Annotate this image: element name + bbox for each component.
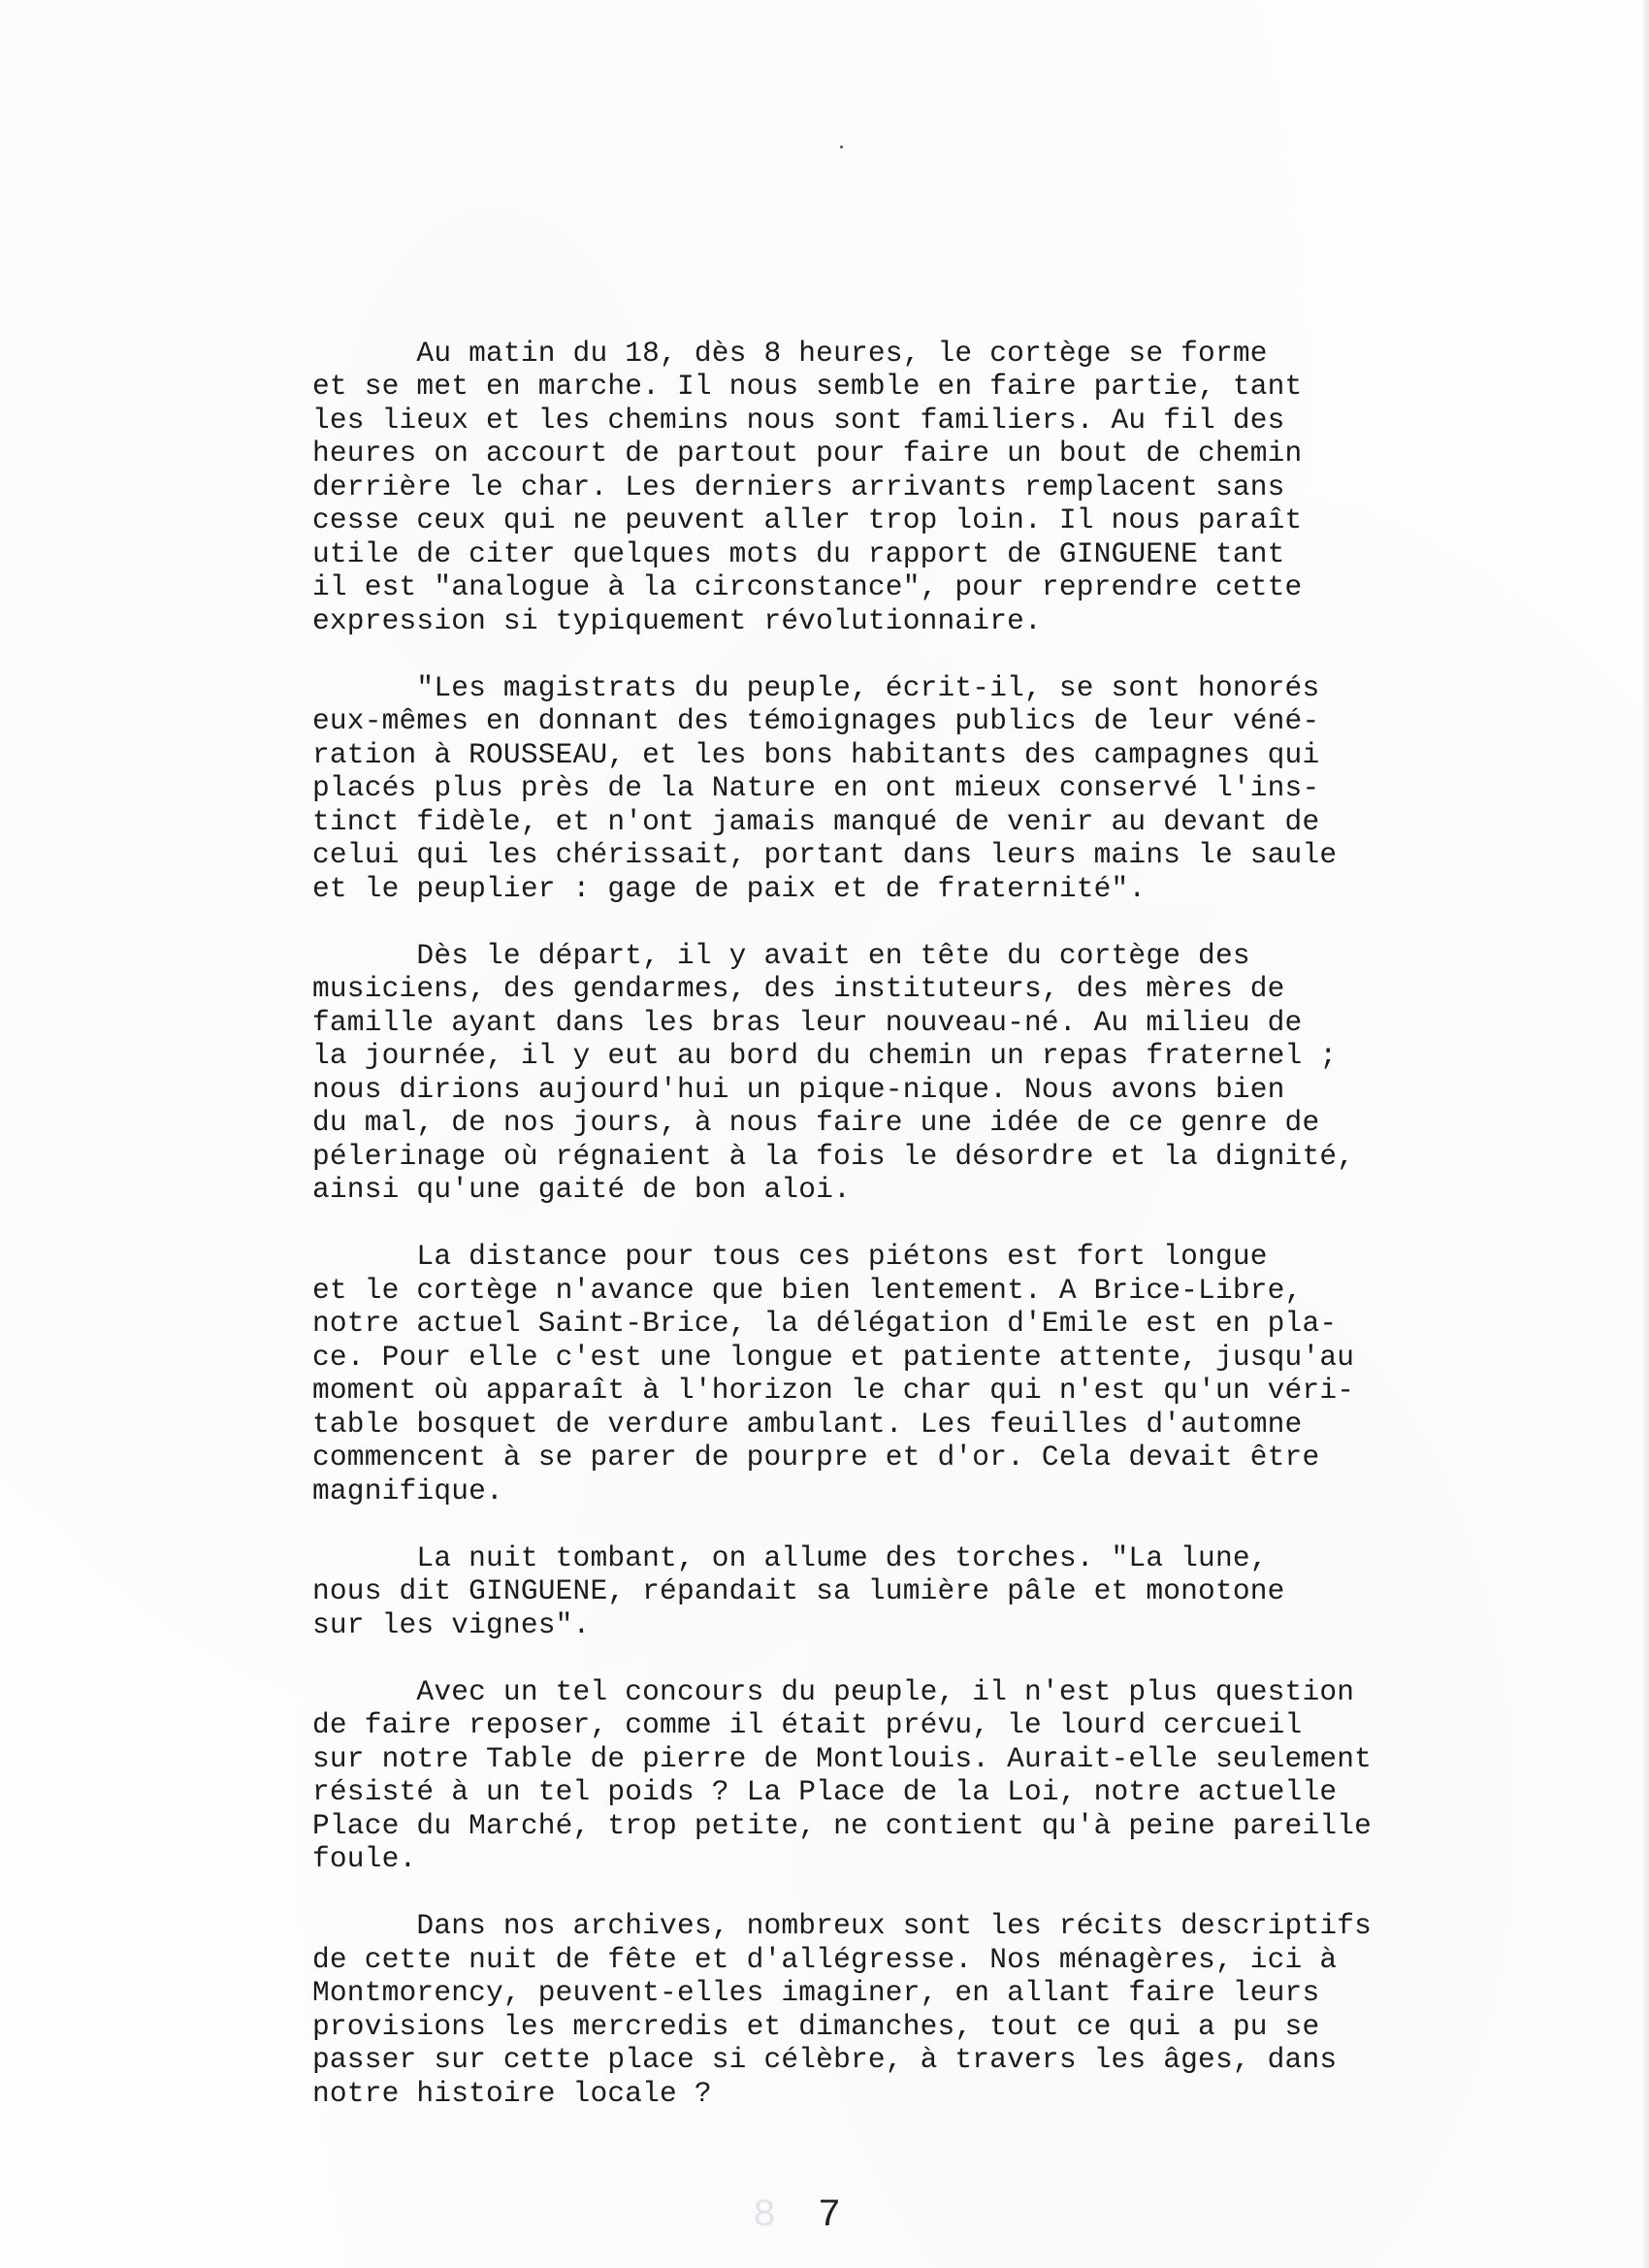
text-line: nous dirions aujourd'hui un pique-nique.… [312,1073,1573,1107]
text-line: expression si typiquement révolutionnair… [312,604,1573,638]
text-line: famille ayant dans les bras leur nouveau… [312,1006,1573,1040]
text-line: de cette nuit de fête et d'allégresse. N… [312,1943,1573,1977]
text-line: sur les vignes". [312,1608,1573,1642]
text-line: notre histoire locale ? [312,2077,1573,2111]
text-line: nous dit GINGUENE, répandait sa lumière … [312,1574,1573,1608]
text-line: Avec un tel concours du peuple, il n'est… [312,1675,1573,1709]
page-number: 7 [818,2194,841,2238]
document-page: Au matin du 18, dès 8 heures, le cortège… [0,0,1649,2268]
text-line: les lieux et les chemins nous sont famil… [312,404,1573,437]
text-line: derrière le char. Les derniers arrivants… [312,470,1573,504]
text-line: eux-mêmes en donnant des témoignages pub… [312,704,1573,738]
text-line: magnifique. [312,1474,1573,1508]
paragraph: La distance pour tous ces piétons est fo… [312,1240,1573,1507]
text-line: "Les magistrats du peuple, écrit-il, se … [312,671,1573,705]
text-line: ce. Pour elle c'est une longue et patien… [312,1341,1573,1375]
paragraph: Avec un tel concours du peuple, il n'est… [312,1675,1573,1876]
text-line: Place du Marché, trop petite, ne contien… [312,1809,1573,1843]
page-number-ghost: 8 [753,2194,776,2238]
text-line: et se met en marche. Il nous semble en f… [312,370,1573,404]
text-line: placés plus près de la Nature en ont mie… [312,771,1573,805]
text-line: Dans nos archives, nombreux sont les réc… [312,1909,1573,1943]
text-line: heures on accourt de partout pour faire … [312,437,1573,470]
text-line: Au matin du 18, dès 8 heures, le cortège… [312,337,1573,371]
paragraph: La nuit tombant, on allume des torches. … [312,1541,1573,1642]
text-line: et le cortège n'avance que bien lentemen… [312,1274,1573,1308]
text-line: commencent à se parer de pourpre et d'or… [312,1441,1573,1474]
text-line: notre actuel Saint-Brice, la délégation … [312,1307,1573,1341]
page-edge-shadow [1643,0,1649,2268]
text-line: La distance pour tous ces piétons est fo… [312,1240,1573,1274]
text-line: foule. [312,1842,1573,1876]
text-line: la journée, il y eut au bord du chemin u… [312,1039,1573,1073]
text-line: passer sur cette place si célèbre, à tra… [312,2043,1573,2077]
paragraph: "Les magistrats du peuple, écrit-il, se … [312,671,1573,906]
text-line: utile de citer quelques mots du rapport … [312,537,1573,571]
text-line: Dès le départ, il y avait en tête du cor… [312,939,1573,973]
text-line: musiciens, des gendarmes, des instituteu… [312,972,1573,1006]
text-line: pélerinage où régnaient à la fois le dés… [312,1140,1573,1174]
text-line: résisté à un tel poids ? La Place de la … [312,1775,1573,1809]
text-line: Montmorency, peuvent-elles imaginer, en … [312,1976,1573,2010]
text-line: table bosquet de verdure ambulant. Les f… [312,1408,1573,1442]
text-line: La nuit tombant, on allume des torches. … [312,1541,1573,1575]
text-line: il est "analogue à la circonstance", pou… [312,570,1573,604]
text-line: du mal, de nos jours, à nous faire une i… [312,1106,1573,1140]
paragraph: Dès le départ, il y avait en tête du cor… [312,939,1573,1207]
text-line: ainsi qu'une gaité de bon aloi. [312,1173,1573,1207]
text-line: provisions les mercredis et dimanches, t… [312,2010,1573,2044]
text-line: et le peuplier : gage de paix et de frat… [312,872,1573,906]
paragraph: Au matin du 18, dès 8 heures, le cortège… [312,337,1573,638]
speck-mark [840,146,843,148]
document-body: Au matin du 18, dès 8 heures, le cortège… [312,236,1573,2110]
paragraph: Dans nos archives, nombreux sont les réc… [312,1909,1573,2110]
text-line: ration à ROUSSEAU, et les bons habitants… [312,738,1573,772]
text-line: tinct fidèle, et n'ont jamais manqué de … [312,805,1573,839]
text-line: celui qui les chérissait, portant dans l… [312,838,1573,872]
text-line: sur notre Table de pierre de Montlouis. … [312,1742,1573,1776]
text-line: cesse ceux qui ne peuvent aller trop loi… [312,503,1573,537]
text-line: moment où apparaît à l'horizon le char q… [312,1374,1573,1408]
text-line: de faire reposer, comme il était prévu, … [312,1708,1573,1742]
